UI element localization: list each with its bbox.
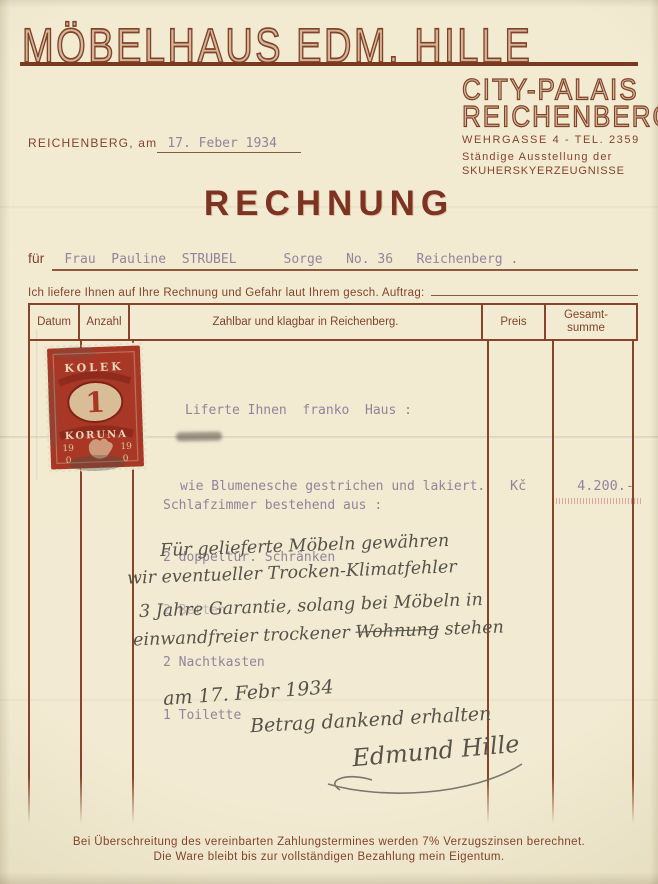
col-anzahl: Anzahl [80,305,130,339]
table-column-rule [28,341,30,824]
letterhead-address-block: CITY-PALAIS REICHENBERG WEHRGASSE 4 - TE… [462,74,642,177]
col-gesamtsumme: Gesamt- summe [546,305,626,339]
col-preis: Preis [483,305,546,339]
terms-footer: Bei Überschreitung des vereinbarten Zahl… [0,835,658,865]
invoice-title: RECHNUNG [0,184,658,224]
terms-line-1: Bei Überschreitung des vereinbarten Zahl… [0,835,658,850]
intro-text: Ich liefere Ihnen auf Ihre Rechnung und … [28,287,425,299]
table-column-rule [552,341,554,824]
signature-flourish [322,752,537,803]
svg-text:1: 1 [85,386,106,420]
revenue-stamp: KOLEK 1 KORUNA 19 19 0 0 [44,342,147,472]
date-label: REICHENBERG, am [28,136,157,150]
total-amount: 4.200.- [552,478,636,494]
exhibition-note-2: SKUHERSKYERZEUGNISSE [462,165,642,177]
date-value: 17. Feber 1934 [157,136,301,153]
recipient-label: für [28,250,44,266]
intro-line: Ich liefere Ihnen auf Ihre Rechnung und … [28,281,638,299]
svg-text:KOLEK: KOLEK [64,360,124,375]
header-rule [20,62,638,66]
paper-crease [36,330,39,480]
svg-text:19: 19 [120,442,132,452]
terms-line-2: Die Ware bleibt bis zur vollständigen Be… [0,850,658,865]
intro-underline [431,281,638,296]
date-line: REICHENBERG, am 17. Feber 1934 [28,136,301,153]
col-datum: Datum [30,305,80,339]
finish-note: wie Blumenesche gestrichen und lakiert. [180,479,485,494]
svg-text:19: 19 [62,444,74,454]
table-column-rule [632,341,634,824]
col-description: Zahlbar und klagbar in Reichenberg. [130,305,483,339]
exhibition-note-1: Ständige Ausstellung der [462,151,642,163]
revenue-stamp-graphic: KOLEK 1 KORUNA 19 19 0 0 [44,342,147,472]
invoice-document: MÖBELHAUS EDM. HILLE CITY-PALAIS REICHEN… [0,0,658,884]
table-header: Datum Anzahl Zahlbar und klagbar in Reic… [28,303,638,341]
city-name: REICHENBERG [462,101,642,132]
recipient-value: Frau Pauline STRUBEL Sorge No. 36 Reiche… [52,252,518,269]
ink-smudge [176,432,222,442]
recipient-line: für Frau Pauline STRUBEL Sorge No. 36 Re… [28,250,638,271]
company-name: MÖBELHAUS EDM. HILLE [22,20,622,75]
amount-underline-hatch [556,498,642,504]
currency-symbol: Kč [510,478,526,494]
struck-word: Wohnung [355,620,439,643]
street-phone: WEHRGASSE 4 - TEL. 2359 [462,134,642,146]
recipient-underline: Frau Pauline STRUBEL Sorge No. 36 Reiche… [52,250,638,271]
line-item: 2 Nachtkasten [163,654,412,672]
item-heading: Schlafzimmer bestehend aus : [163,497,412,515]
delivery-note: Liferte Ihnen franko Haus : [163,402,412,420]
